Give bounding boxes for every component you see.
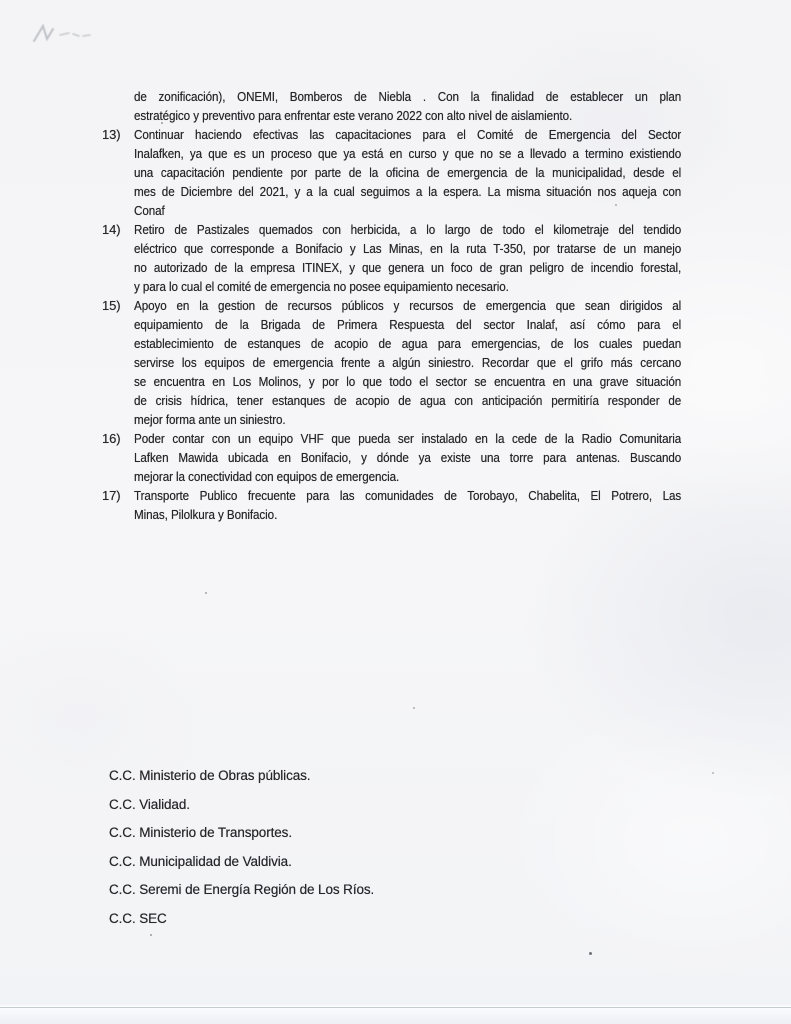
scan-dust-speck	[589, 952, 592, 955]
text-line: equipamiento de la Brigada de Primera Re…	[134, 315, 681, 334]
scan-dust-speck	[161, 122, 163, 124]
item-text: Continuar haciendo efectivas las capacit…	[134, 125, 681, 220]
scan-bottom-edge	[0, 1007, 791, 1024]
item-number: 14)	[102, 220, 134, 239]
text-line: mejorar la conectividad con equipos de e…	[134, 467, 681, 486]
text-line: se encuentra en Los Molinos, y por lo qu…	[134, 372, 681, 391]
item-number: 13)	[102, 125, 134, 144]
text-line: estratégico y preventivo para enfrentar …	[134, 106, 681, 125]
text-line: Poder contar con un equipo VHF que pueda…	[134, 429, 681, 448]
text-line: mejor forma ante un siniestro.	[134, 410, 681, 429]
item-text: Apoyo en la gestion de recursos públicos…	[134, 296, 681, 429]
list-item-13: 13) Continuar haciendo efectivas las cap…	[102, 125, 744, 220]
scan-dust-speck	[615, 204, 617, 206]
paragraph-continuation: de zonificación), ONEMI, Bomberos de Nie…	[102, 87, 744, 125]
list-item-14: 14) Retiro de Pastizales quemados con he…	[102, 220, 744, 296]
text-line: establecimiento de estanques de acopio d…	[134, 334, 681, 353]
cc-list: C.C. Ministerio de Obras públicas. C.C. …	[109, 766, 374, 938]
scanned-document-page: de zonificación), ONEMI, Bomberos de Nie…	[0, 0, 791, 1024]
text-line: servirse los equipos de emergencia frent…	[134, 353, 681, 372]
text-line: una capacitación pendiente por parte de …	[134, 163, 681, 182]
text-line: y para lo cual el comité de emergencia n…	[134, 277, 681, 296]
item-number: 17)	[102, 486, 134, 505]
cc-entry: C.C. Seremi de Energía Región de Los Río…	[109, 880, 374, 899]
text-line: Lafken Mawida ubicada en Bonifacio, y dó…	[134, 448, 681, 467]
text-line: no autorizado de la empresa ITINEX, y qu…	[134, 258, 681, 277]
text-line: de zonificación), ONEMI, Bomberos de Nie…	[134, 87, 681, 106]
item-text: Transporte Publico frecuente para las co…	[134, 486, 681, 524]
scan-dust-speck	[205, 592, 207, 594]
cc-entry: C.C. Ministerio de Obras públicas.	[109, 766, 374, 785]
document-body: de zonificación), ONEMI, Bomberos de Nie…	[102, 87, 744, 524]
text-line: Minas, Pilolkura y Bonifacio.	[134, 505, 681, 524]
text-line: de crisis hídrica, tener estanques de ac…	[134, 391, 681, 410]
scan-dust-speck	[712, 772, 714, 774]
list-item-17: 17) Transporte Publico frecuente para la…	[102, 486, 744, 524]
text-line: eléctrico que corresponde a Bonifacio y …	[134, 239, 681, 258]
text-line: Retiro de Pastizales quemados con herbic…	[134, 220, 681, 239]
cc-entry: C.C. SEC	[109, 909, 374, 928]
paragraph-text: de zonificación), ONEMI, Bomberos de Nie…	[134, 87, 681, 125]
list-item-15: 15) Apoyo en la gestion de recursos públ…	[102, 296, 744, 429]
item-text: Retiro de Pastizales quemados con herbic…	[134, 220, 681, 296]
cc-entry: C.C. Ministerio de Transportes.	[109, 823, 374, 842]
item-text: Poder contar con un equipo VHF que pueda…	[134, 429, 681, 486]
text-line: Conaf	[134, 201, 681, 220]
text-line: Transporte Publico frecuente para las co…	[134, 486, 681, 505]
cc-entry: C.C. Vialidad.	[109, 795, 374, 814]
text-line: mes de Diciembre del 2021, y a la cual s…	[134, 182, 681, 201]
handwritten-mark-icon	[30, 20, 102, 48]
item-number: 15)	[102, 296, 134, 315]
cc-entry: C.C. Municipalidad de Valdivia.	[109, 852, 374, 871]
text-line: Apoyo en la gestion de recursos públicos…	[134, 296, 681, 315]
item-number: 16)	[102, 429, 134, 448]
scan-dust-speck	[413, 707, 415, 709]
text-line: Inalafken, ya que es un proceso que ya e…	[134, 144, 681, 163]
scan-dust-speck	[150, 934, 152, 936]
text-line: Continuar haciendo efectivas las capacit…	[134, 125, 681, 144]
list-item-16: 16) Poder contar con un equipo VHF que p…	[102, 429, 744, 486]
